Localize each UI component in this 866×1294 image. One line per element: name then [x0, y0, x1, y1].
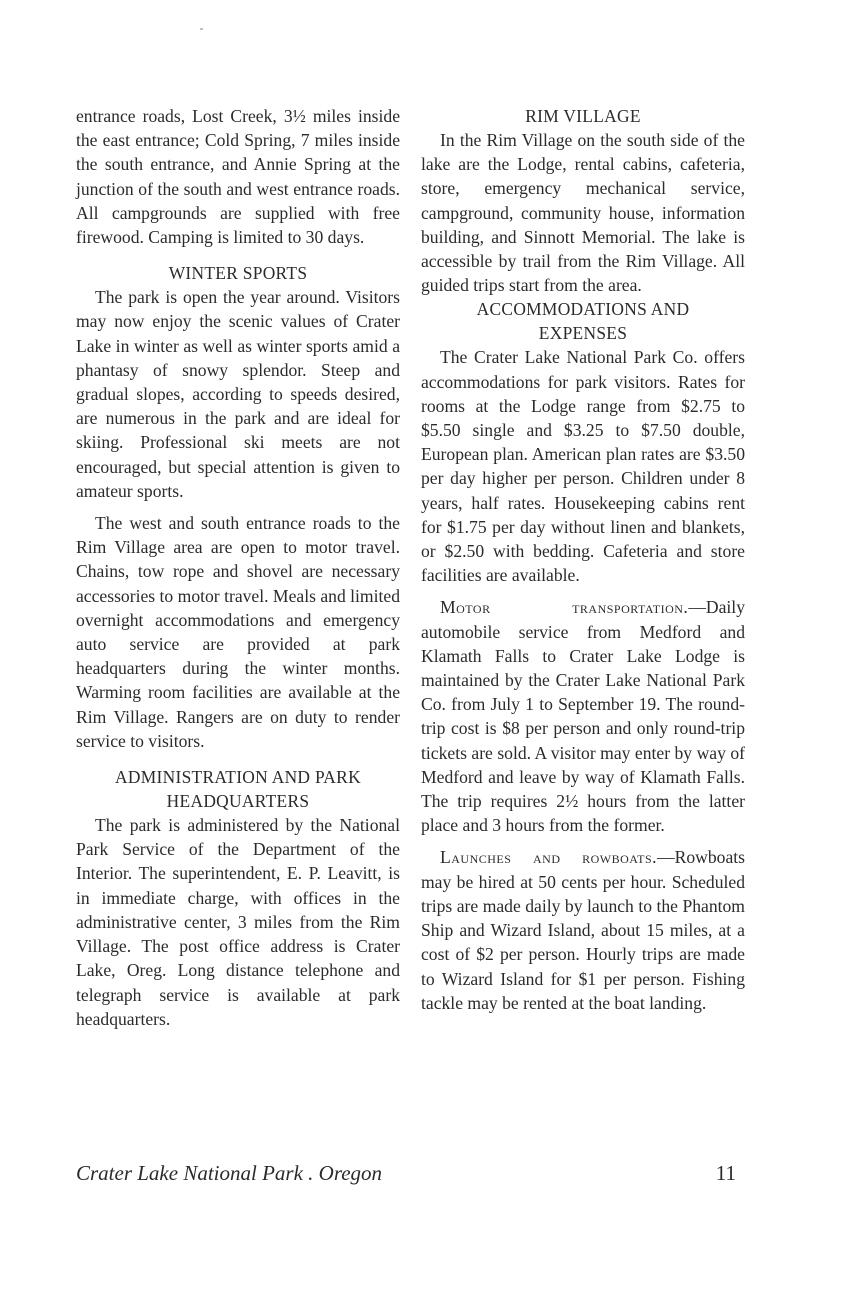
- page-number: 11: [716, 1161, 736, 1186]
- winter-sports-paragraph-2: The west and south entrance roads to the…: [76, 511, 400, 753]
- administration-heading: ADMINISTRATION AND PARK HEADQUARTERS: [76, 765, 400, 813]
- footer-title: Crater Lake National Park . Oregon: [76, 1161, 382, 1186]
- rim-village-paragraph: In the Rim Village on the south side of …: [421, 128, 745, 297]
- book-page: entrance roads, Lost Creek, 3½ miles ins…: [0, 0, 866, 1294]
- accommodations-heading-line1: ACCOMMODATIONS AND: [477, 299, 690, 319]
- winter-sports-paragraph-1: The park is open the year around. Visito…: [76, 285, 400, 503]
- right-column: RIM VILLAGE In the Rim Village on the so…: [421, 104, 745, 1015]
- accommodations-paragraph: The Crater Lake National Park Co. offers…: [421, 345, 745, 587]
- winter-sports-heading: WINTER SPORTS: [76, 261, 400, 285]
- motor-transportation-text: —Daily automobile service from Medford a…: [421, 597, 745, 835]
- rim-village-heading: RIM VILLAGE: [421, 104, 745, 128]
- administration-paragraph: The park is administered by the National…: [76, 813, 400, 1031]
- page-footer: Crater Lake National Park . Oregon 11: [76, 1161, 736, 1191]
- motor-transportation-paragraph: Motor transportation.—Daily automobile s…: [421, 595, 745, 837]
- motor-transportation-lead: Motor transportation.: [440, 597, 688, 617]
- launches-rowboats-lead: Launches and rowboats.: [440, 847, 657, 867]
- administration-heading-line2: HEADQUARTERS: [167, 791, 310, 811]
- accommodations-heading-line2: EXPENSES: [539, 323, 627, 343]
- launches-rowboats-paragraph: Launches and rowboats.—Rowboats may be h…: [421, 845, 745, 1014]
- scan-speck: [200, 28, 203, 30]
- left-column: entrance roads, Lost Creek, 3½ miles ins…: [76, 104, 400, 1031]
- continuation-paragraph: entrance roads, Lost Creek, 3½ miles ins…: [76, 104, 400, 249]
- administration-heading-line1: ADMINISTRATION AND PARK: [115, 767, 361, 787]
- accommodations-heading: ACCOMMODATIONS AND EXPENSES: [421, 297, 745, 345]
- launches-rowboats-text: —Rowboats may be hired at 50 cents per h…: [421, 847, 745, 1012]
